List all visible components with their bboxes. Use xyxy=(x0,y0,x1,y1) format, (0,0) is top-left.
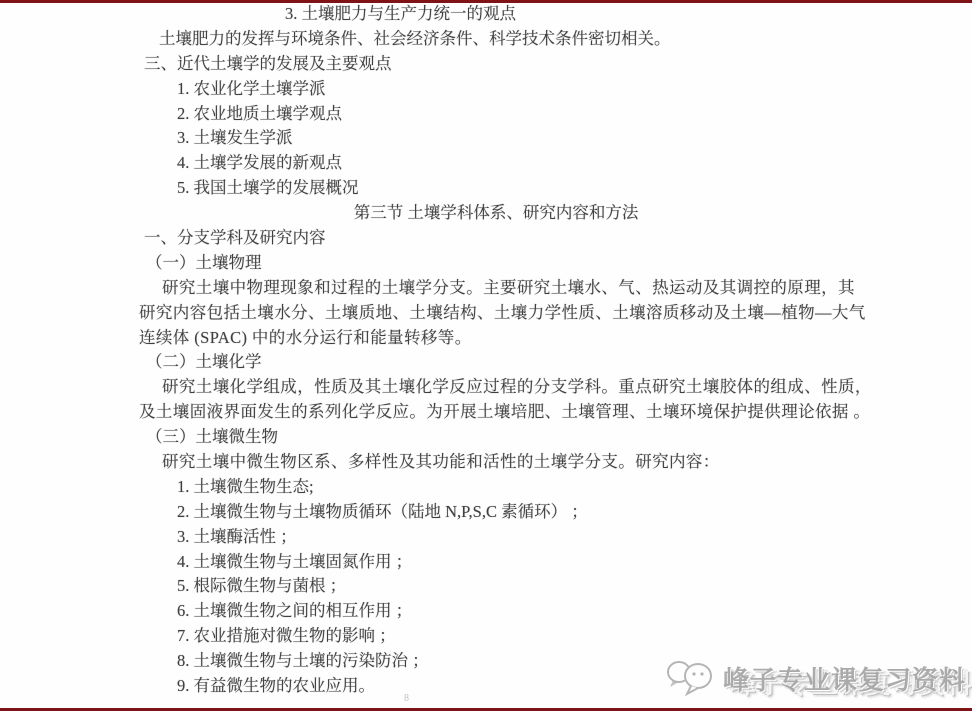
text-line-15: （二）土壤化学 xyxy=(0,350,972,375)
speech-bubbles-icon xyxy=(665,656,717,700)
watermark: 峰子专业课复习资料 峰子专业课复习资料 xyxy=(665,652,966,704)
text-line-5: 2. 农业地质土壤学观点 xyxy=(0,102,972,127)
text-line-9: 第三节 土壤学科体系、研究内容和方法 xyxy=(0,201,972,226)
text-line-16: 研究土壤化学组成，性质及其土壤化学反应过程的分支学科。重点研究土壤胶体的组成、性… xyxy=(0,375,972,400)
text-line-7: 4. 土壤学发展的新观点 xyxy=(0,151,972,176)
text-line-13: 研究内容包括土壤水分、土壤质地、土壤结构、土壤力学性质、土壤溶质移动及土壤—植物… xyxy=(0,301,972,326)
text-line-18: （三）土壤微生物 xyxy=(0,425,972,450)
watermark-text-wrap: 峰子专业课复习资料 峰子专业课复习资料 xyxy=(723,660,966,697)
page-number-mark: 8 xyxy=(404,693,409,704)
text-line-6: 3. 土壤发生学派 xyxy=(0,126,972,151)
text-line-12: 研究土壤中物理现象和过程的土壤学分支。主要研究土壤水、气、热运动及其调控的原理，… xyxy=(0,276,972,301)
text-line-10: 一、分支学科及研究内容 xyxy=(0,226,972,251)
text-line-17: 及土壤固液界面发生的系列化学反应。为开展土壤培肥、土壤管理、土壤环境保护提供理论… xyxy=(0,400,972,425)
text-line-14: 连续体 (SPAC) 中的水分运行和能量转移等。 xyxy=(0,326,972,351)
text-line-3: 三、近代土壤学的发展及主要观点 xyxy=(0,52,972,77)
text-line-19: 研究土壤中微生物区系、多样性及其功能和活性的土壤学分支。研究内容： xyxy=(0,450,972,475)
text-line-26: 7. 农业措施对微生物的影响 ； xyxy=(0,624,972,649)
text-line-11: （一）土壤物理 xyxy=(0,251,972,276)
text-line-8: 5. 我国土壤学的发展概况 xyxy=(0,176,972,201)
text-line-23: 4. 土壤微生物与土壤固氮作用 ； xyxy=(0,550,972,575)
text-line-22: 3. 土壤酶活性 ； xyxy=(0,525,972,550)
watermark-text: 峰子专业课复习资料 xyxy=(723,666,966,695)
text-line-2: 土壤肥力的发挥与环境条件、社会经济条件、科学技术条件密切相关。 xyxy=(0,27,972,52)
text-line-20: 1. 土壤微生物生态; xyxy=(0,475,972,500)
document-body: 3. 土壤肥力与生产力统一的观点土壤肥力的发挥与环境条件、社会经济条件、科学技术… xyxy=(0,2,972,699)
text-line-1: 3. 土壤肥力与生产力统一的观点 xyxy=(0,2,972,27)
text-line-25: 6. 土壤微生物之间的相互作用 ； xyxy=(0,599,972,624)
text-line-4: 1. 农业化学土壤学派 xyxy=(0,77,972,102)
text-line-21: 2. 土壤微生物与土壤物质循环（陆地 N,P,S,C 素循环） ； xyxy=(0,500,972,525)
text-line-24: 5. 根际微生物与菌根 ； xyxy=(0,574,972,599)
